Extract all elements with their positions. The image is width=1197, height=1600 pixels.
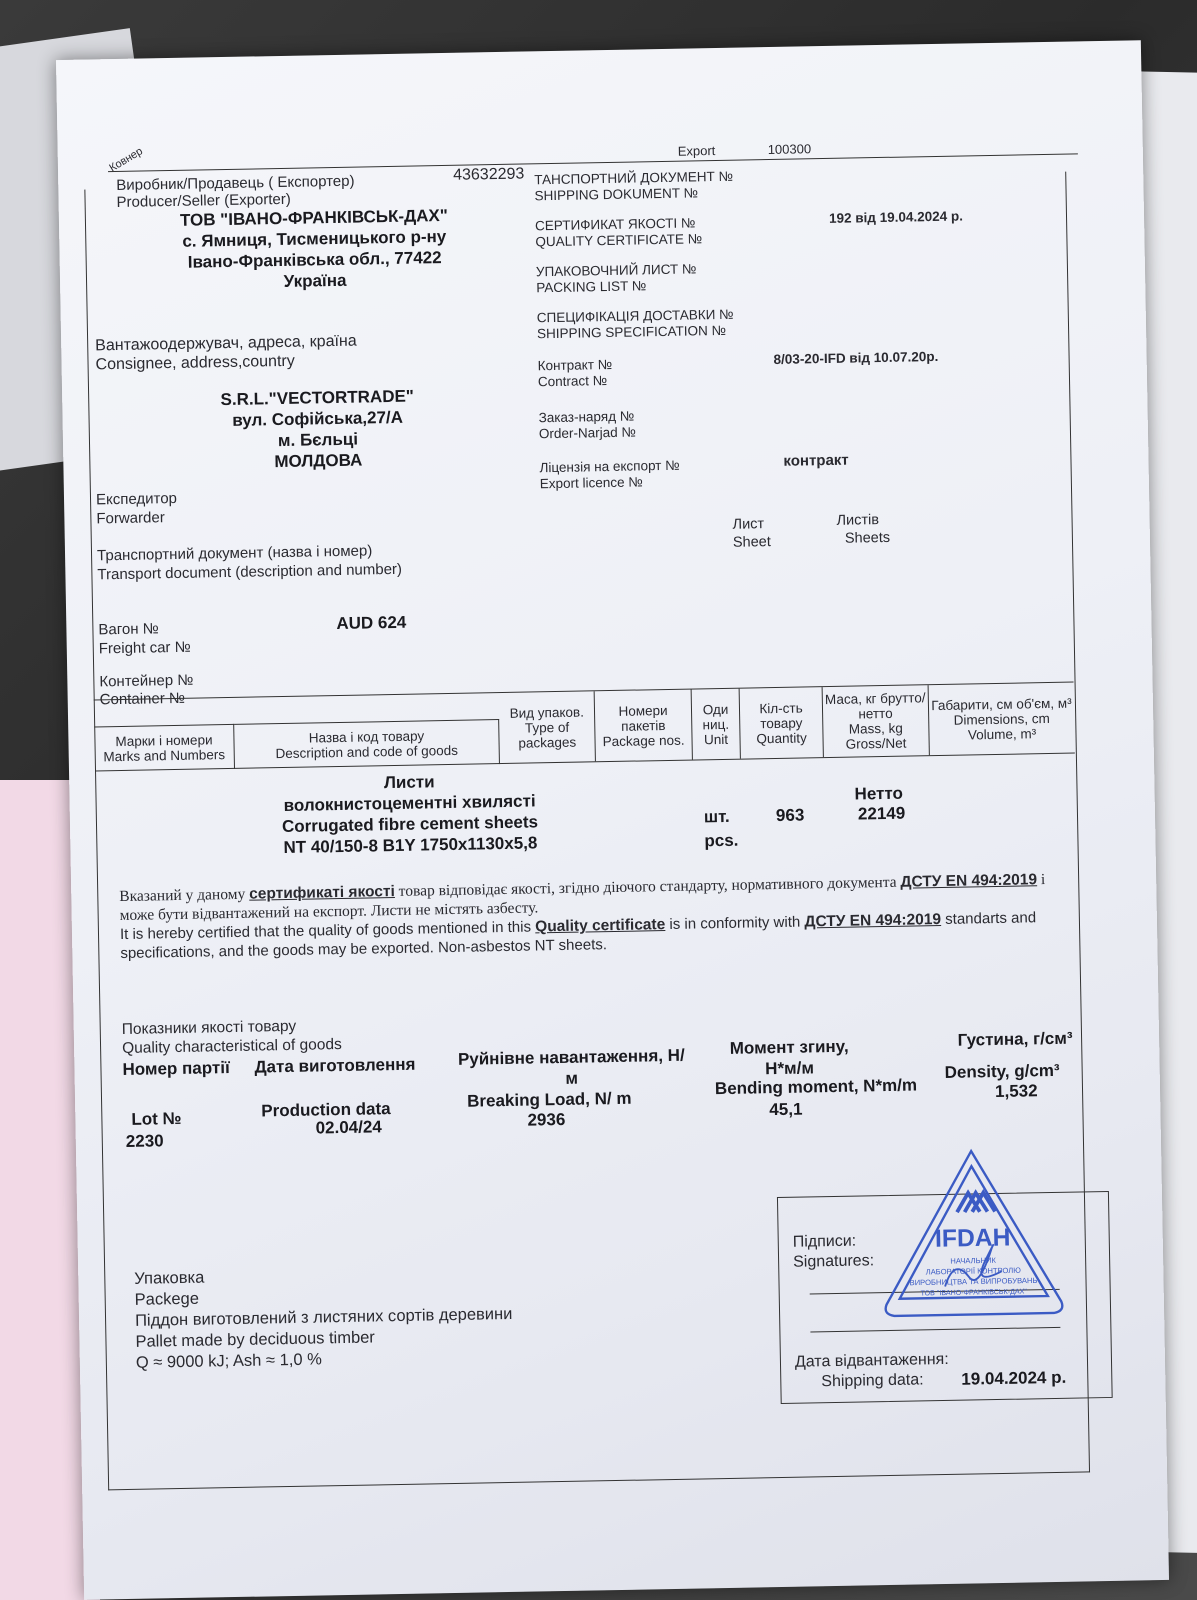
stamp-triangle-icon: IFDAH НАЧАЛЬНИК ЛАБОРАТОРІЇ КОНТРОЛЮ ВИР…: [876, 1142, 1069, 1335]
field-label-en: SHIPPING SPECIFICATION №: [537, 322, 726, 343]
seller-block: ТОВ "ІВАНО-ФРАНКІВСЬК-ДАХ" с. Ямниця, Ти…: [139, 204, 490, 294]
shipping-date-label-en: Shipping data:: [821, 1371, 924, 1391]
field-label-en: QUALITY CERTIFICATE №: [535, 230, 702, 251]
field-label-en: Order-Narjad №: [539, 424, 636, 444]
cert-en-text-2: is in conformity with: [665, 914, 805, 934]
cert-ua-link-1: сертификаті якості: [249, 883, 395, 903]
shipping-date-label-ua: Дата відвантаження:: [795, 1351, 949, 1372]
quality-header-en: Bending moment, N*m/m: [715, 1074, 917, 1099]
goods-mass-label: Нетто: [854, 783, 903, 805]
quality-header-ua: Дата виготовлення: [254, 1054, 415, 1078]
sheet-label-en: Sheet: [733, 533, 771, 552]
quality-title-ua: Показники якості товару: [122, 1018, 297, 1039]
quality-header-en: Breaking Load, N/ m: [467, 1088, 632, 1112]
container-label-ua: Контейнер №: [99, 672, 193, 692]
signatures-label-en: Signatures:: [793, 1252, 874, 1271]
quality-columns: Номер партіїLot №2230Дата виготовленняPr…: [56, 40, 1141, 60]
cert-ua-text-1: Вказаний у даному: [119, 886, 249, 905]
field-label-en: SHIPPING DOKUMENT №: [534, 184, 698, 205]
quality-value: 02.04/24: [315, 1116, 382, 1138]
quality-value: 1,532: [995, 1080, 1038, 1102]
field-label-en: Export licence №: [540, 473, 643, 493]
quality-value: 2230: [126, 1130, 164, 1152]
lab-stamp: IFDAH НАЧАЛЬНИК ЛАБОРАТОРІЇ КОНТРОЛЮ ВИР…: [876, 1142, 1069, 1335]
consignee-label-en: Consignee, address,country: [95, 353, 295, 375]
table-header-cell: Марки і номериMarks and Numbers: [94, 724, 235, 772]
freight-car-label-en: Freight car №: [99, 639, 191, 659]
registry-code: 43632293: [453, 166, 525, 185]
goods-quantity: 963: [776, 804, 805, 826]
quality-value: 45,1: [769, 1099, 802, 1121]
freight-car-label-ua: Вагон №: [98, 620, 159, 639]
cert-en-link-1: Quality certificate: [535, 916, 665, 935]
quality-header-en: Lot №: [131, 1108, 181, 1130]
sheets-label-ua: Листів: [836, 511, 879, 530]
cert-en-link-2: ДСТУ EN 494:2019: [804, 911, 941, 931]
freight-car-value: AUD 624: [336, 612, 406, 634]
table-header-cell: Маса, кг брутто/неттоMass, kg Gross/Net: [822, 685, 930, 757]
quality-certificate-document: Ковнер Export 100300 43632293 Виробник/П…: [56, 40, 1169, 1600]
field-value: 192 від 19.04.2024 р.: [829, 207, 963, 227]
goods-mass-net: 22149: [858, 803, 906, 825]
field-label-en: Contract №: [538, 372, 608, 391]
corner-label: Ковнер: [106, 143, 147, 177]
quality-header-ua: Номер партії: [122, 1057, 230, 1080]
quality-value: 2936: [527, 1109, 565, 1131]
svg-text:IFDAH: IFDAH: [935, 1224, 1011, 1252]
goods-unit-ua: шт.: [704, 806, 730, 827]
export-label: Export: [678, 142, 716, 161]
cert-ua-link-2: ДСТУ EN 494:2019: [900, 871, 1037, 891]
table-header-cell: Номери пакетівPackage nos.: [595, 690, 693, 762]
quality-header-en: Density, g/cm³: [944, 1060, 1059, 1083]
table-header-cell: Вид упаков.Type of packages: [499, 691, 597, 763]
quality-header-ua: Руйнівне навантаження, Н/м: [456, 1045, 687, 1091]
export-code: 100300: [768, 140, 812, 159]
table-header-cell: Назва і код товаруDescription and code o…: [234, 719, 500, 769]
right-fields: ТАНСПОРТНИЙ ДОКУМЕНТ №SHIPPING DOKUMENT …: [56, 40, 1141, 60]
forwarder-label-en: Forwarder: [96, 509, 165, 528]
svg-text:ВИРОБНИЦТВА ТА ВИПРОБУВАНЬ: ВИРОБНИЦТВА ТА ВИПРОБУВАНЬ: [910, 1276, 1038, 1287]
svg-text:ЛАБОРАТОРІЇ КОНТРОЛЮ: ЛАБОРАТОРІЇ КОНТРОЛЮ: [926, 1266, 1022, 1277]
table-header-cell: Габарити, см об'єм, м³Dimensions, cm Vol…: [929, 683, 1075, 756]
forwarder-label-ua: Експедитор: [96, 490, 177, 509]
sheet-label-ua: Лист: [732, 515, 764, 534]
packaging-block: Упаковка Packege Піддон виготовлений з л…: [134, 1262, 513, 1374]
field-value: 8/03-20-IFD від 10.07.20р.: [773, 348, 938, 369]
goods-description: Листиволокнистоцементні хвилястіCorrugat…: [259, 769, 560, 858]
goods-unit-en: pcs.: [704, 830, 738, 852]
table-header-cell: Оди ниц.Unit: [691, 689, 741, 760]
signatures-label-ua: Підписи:: [793, 1233, 857, 1252]
quality-header-ua: Момент згину, Н*м/м: [714, 1035, 865, 1080]
shipping-date-value: 19.04.2024 р.: [961, 1367, 1066, 1390]
field-value: контракт: [783, 452, 849, 471]
quality-header-ua: Густина, г/см³: [940, 1027, 1090, 1051]
field-label-en: PACKING LIST №: [536, 277, 646, 297]
table-header-cell: Кіл-сть товаруQuantity: [740, 687, 824, 758]
sheets-label-en: Sheets: [845, 529, 890, 548]
consignee-block: S.R.L."VECTORTRADE" вул. Софійська,27/А …: [192, 385, 443, 474]
